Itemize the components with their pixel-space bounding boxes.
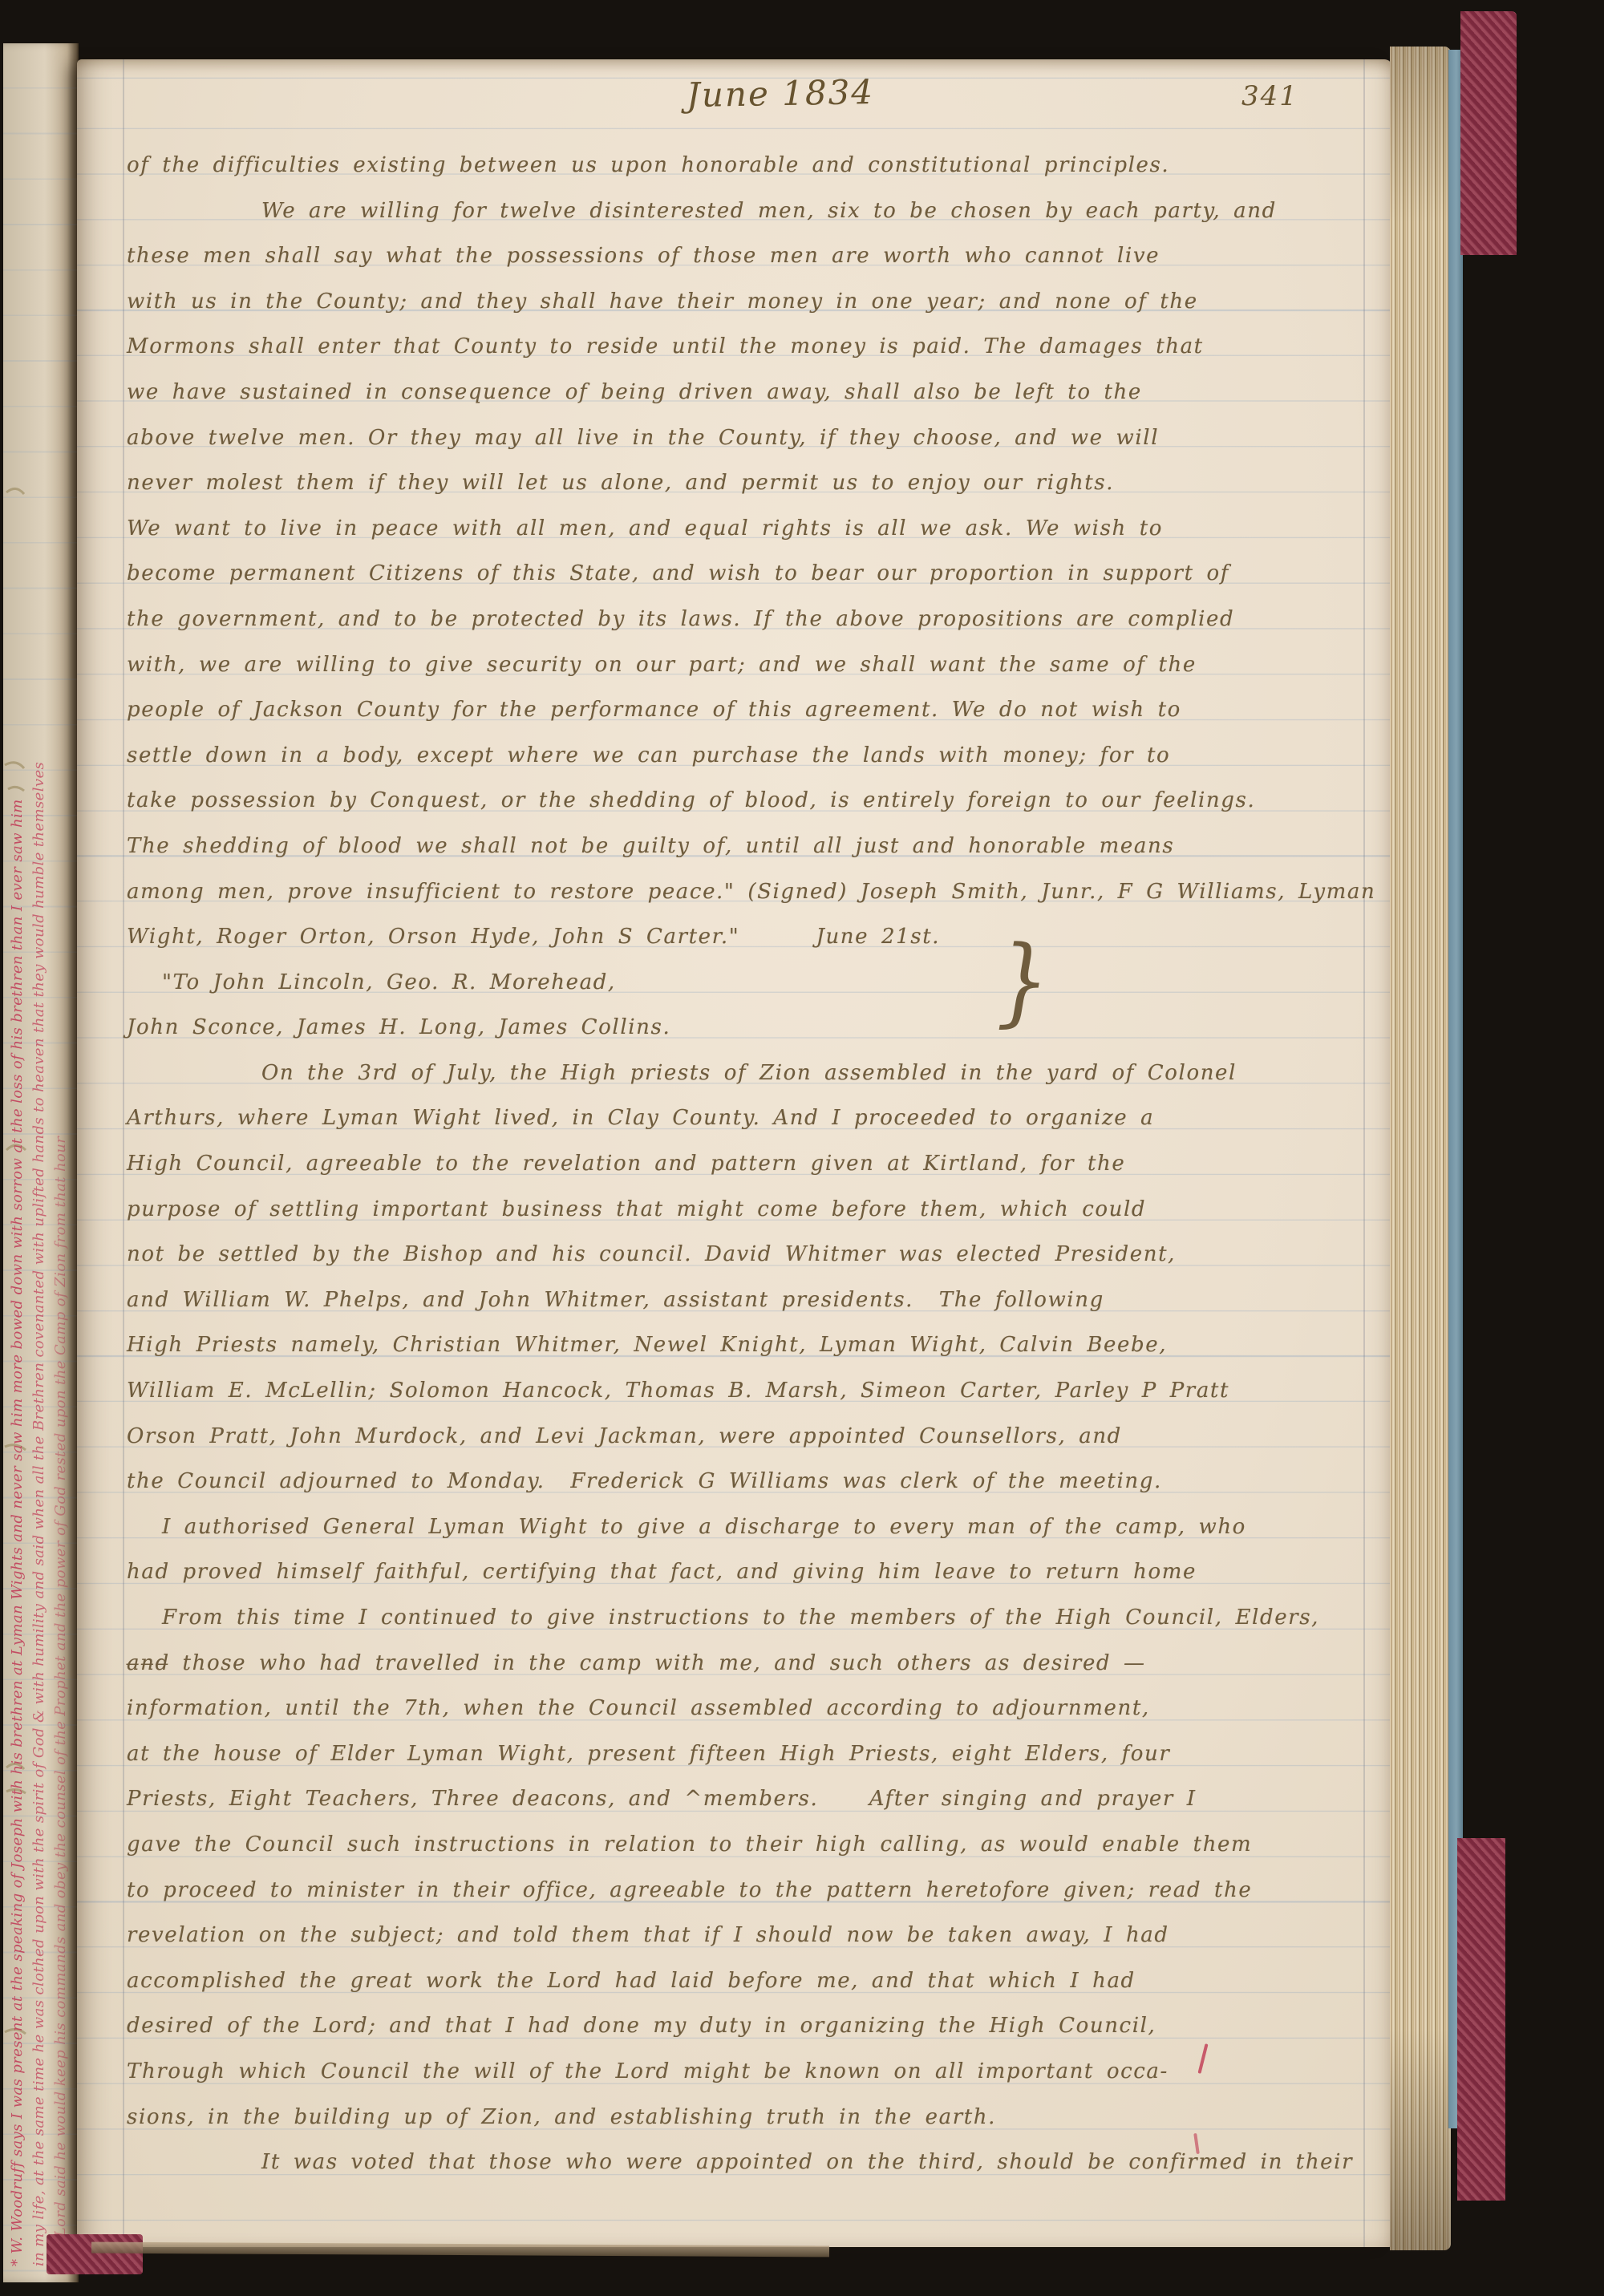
- address-brace: }: [996, 925, 1049, 1037]
- red-marginalia: * W. Woodruff says I was present at the …: [6, 109, 72, 2266]
- page-stack-fore-edge: [1390, 47, 1451, 2250]
- manuscript-line: at the house of Elder Lyman Wight, prese…: [127, 1731, 1371, 1777]
- manuscript-line: sions, in the building up of Zion, and e…: [127, 2095, 1371, 2140]
- manuscript-line: On the 3rd of July, the High priests of …: [127, 1051, 1371, 1096]
- manuscript-line: Wight, Roger Orton, Orson Hyde, John S C…: [127, 914, 1371, 960]
- manuscript-line: information, until the 7th, when the Cou…: [127, 1686, 1371, 1731]
- manuscript-line: these men shall say what the possessions…: [127, 233, 1371, 279]
- manuscript-line: among men, prove insufficient to restore…: [127, 869, 1371, 915]
- manuscript-line: High Priests namely, Christian Whitmer, …: [127, 1322, 1371, 1368]
- manuscript-line: the government, and to be protected by i…: [127, 597, 1371, 642]
- manuscript-line: of the difficulties existing between us …: [127, 143, 1371, 188]
- manuscript-line: we have sustained in consequence of bein…: [127, 370, 1371, 415]
- manuscript-line: desired of the Lord; and that I had done…: [127, 2003, 1371, 2049]
- marginalia-line: the Lord said he would keep his commands…: [50, 109, 71, 2266]
- manuscript-line: John Sconce, James H. Long, James Collin…: [127, 1005, 1371, 1051]
- manuscript-line: and William W. Phelps, and John Whitmer,…: [127, 1278, 1371, 1323]
- manuscript-page: June 1834 341 of the difficulties existi…: [77, 59, 1392, 2247]
- manuscript-line: with, we are willing to give security on…: [127, 642, 1371, 688]
- manuscript-line: accomplished the great work the Lord had…: [127, 1958, 1371, 2004]
- manuscript-line: We want to live in peace with all men, a…: [127, 506, 1371, 552]
- manuscript-line: the Council adjourned to Monday. Frederi…: [127, 1459, 1371, 1504]
- marginalia-line: * W. Woodruff says I was present at the …: [6, 109, 28, 2266]
- manuscript-line: not be settled by the Bishop and his cou…: [127, 1232, 1371, 1278]
- manuscript-line: "To John Lincoln, Geo. R. Morehead,: [127, 960, 1371, 1006]
- manuscript-line: We are willing for twelve disinterested …: [127, 188, 1371, 234]
- cover-lining-strip: [1448, 50, 1463, 2128]
- manuscript-body: of the difficulties existing between us …: [127, 143, 1371, 2185]
- manuscript-line: take possession by Conquest, or the shed…: [127, 778, 1371, 824]
- manuscript-line: William E. McLellin; Solomon Hancock, Th…: [127, 1368, 1371, 1414]
- manuscript-line: gave the Council such instructions in re…: [127, 1822, 1371, 1868]
- manuscript-line: had proved himself faithful, certifying …: [127, 1549, 1371, 1595]
- manuscript-line: above twelve men. Or they may all live i…: [127, 415, 1371, 461]
- manuscript-line: Arthurs, where Lyman Wight lived, in Cla…: [127, 1095, 1371, 1141]
- manuscript-line: become permanent Citizens of this State,…: [127, 551, 1371, 597]
- header-date: June 1834: [687, 72, 875, 115]
- red-cover-bottom-right: [1457, 1838, 1505, 2201]
- page-number: 341: [1241, 80, 1298, 112]
- manuscript-line: to proceed to minister in their office, …: [127, 1868, 1371, 1913]
- marginalia-line: in my life, at the same time he was clot…: [28, 109, 50, 2266]
- manuscript-photo: * W. Woodruff says I was present at the …: [0, 0, 1604, 2296]
- red-cover-bottom-left: [47, 2234, 143, 2274]
- manuscript-line: From this time I continued to give instr…: [127, 1595, 1371, 1641]
- manuscript-line: never molest them if they will let us al…: [127, 460, 1371, 506]
- manuscript-line: Through which Council the will of the Lo…: [127, 2049, 1371, 2095]
- manuscript-line: purpose of settling important business t…: [127, 1187, 1371, 1233]
- manuscript-line: with us in the County; and they shall ha…: [127, 279, 1371, 325]
- manuscript-line: The shedding of blood we shall not be gu…: [127, 824, 1371, 869]
- facing-page-edge: * W. Woodruff says I was present at the …: [3, 43, 79, 2282]
- manuscript-line: High Council, agreeable to the revelatio…: [127, 1141, 1371, 1187]
- manuscript-line: a̶n̶d̶ those who had travelled in the ca…: [127, 1641, 1371, 1687]
- manuscript-line: revelation on the subject; and told them…: [127, 1913, 1371, 1958]
- manuscript-line: settle down in a body, except where we c…: [127, 733, 1371, 779]
- manuscript-line: Priests, Eight Teachers, Three deacons, …: [127, 1776, 1371, 1822]
- left-margin-rule: [123, 59, 124, 2247]
- manuscript-line: people of Jackson County for the perform…: [127, 687, 1371, 733]
- red-cover-top-right: [1460, 11, 1517, 255]
- manuscript-line: I authorised General Lyman Wight to give…: [127, 1504, 1371, 1550]
- manuscript-line: It was voted that those who were appoint…: [127, 2140, 1371, 2185]
- manuscript-line: Orson Pratt, John Murdock, and Levi Jack…: [127, 1414, 1371, 1460]
- manuscript-line: Mormons shall enter that County to resid…: [127, 324, 1371, 370]
